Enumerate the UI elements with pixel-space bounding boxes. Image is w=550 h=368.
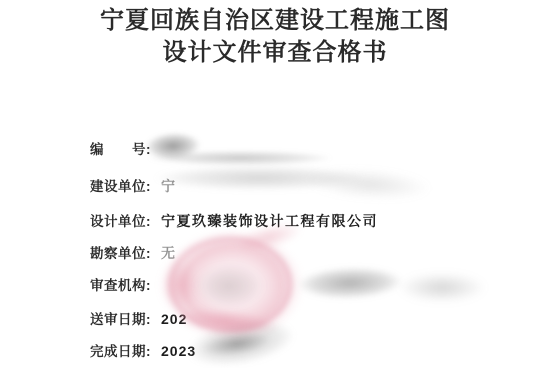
- document-title-line1: 宁夏回族自治区建设工程施工图: [0, 5, 550, 37]
- field-row-submit-date: 送审日期:202: [90, 308, 187, 329]
- pencil-smudge-construction-unit: [148, 165, 370, 191]
- pencil-smudge-review-org-left: [292, 264, 407, 302]
- construction-unit-value: 宁: [151, 178, 177, 194]
- survey-unit-value: 无: [151, 245, 177, 261]
- field-row-complete-date: 完成日期:2023: [90, 340, 196, 361]
- complete-date-label: 完成日期:: [90, 344, 151, 359]
- survey-unit-label: 勘察单位:: [90, 246, 151, 261]
- field-row-survey-unit: 勘察单位:无: [90, 242, 177, 263]
- pencil-smudge-construction-unit-tail: [297, 163, 439, 205]
- pencil-smudge-complete-date: [179, 310, 303, 368]
- review-org-label: 审查机构:: [90, 278, 151, 293]
- design-unit-label: 设计单位:: [90, 214, 151, 229]
- number-label: 编 号:: [90, 142, 151, 157]
- submit-date-value: 202: [151, 311, 187, 327]
- seal-left-edge: [158, 256, 200, 314]
- construction-unit-label: 建设单位:: [90, 179, 151, 194]
- document-title: 宁夏回族自治区建设工程施工图 设计文件审查合格书: [0, 5, 550, 69]
- field-row-construction-unit: 建设单位:宁: [90, 175, 177, 196]
- complete-date-value: 2023: [151, 343, 196, 359]
- document-title-line2: 设计文件审查合格书: [0, 37, 550, 69]
- design-unit-value: 宁夏玖臻装饰设计工程有限公司: [151, 213, 378, 229]
- seal-inner-gray-smudge: [190, 262, 268, 310]
- field-row-design-unit: 设计单位:宁夏玖臻装饰设计工程有限公司: [90, 210, 378, 231]
- pencil-smudge-review-org-right: [393, 271, 491, 304]
- certificate-document: 宁夏回族自治区建设工程施工图 设计文件审查合格书 编 号: 建设单位:宁 设计单…: [0, 0, 550, 368]
- number-value: [151, 141, 161, 157]
- pencil-smudge-complete-date-core: [195, 326, 278, 363]
- field-row-review-org: 审查机构:: [90, 274, 161, 295]
- pencil-smudge-number-streak: [142, 150, 338, 166]
- submit-date-label: 送审日期:: [90, 312, 151, 327]
- review-org-value: [151, 277, 161, 293]
- field-row-number: 编 号:: [90, 138, 161, 159]
